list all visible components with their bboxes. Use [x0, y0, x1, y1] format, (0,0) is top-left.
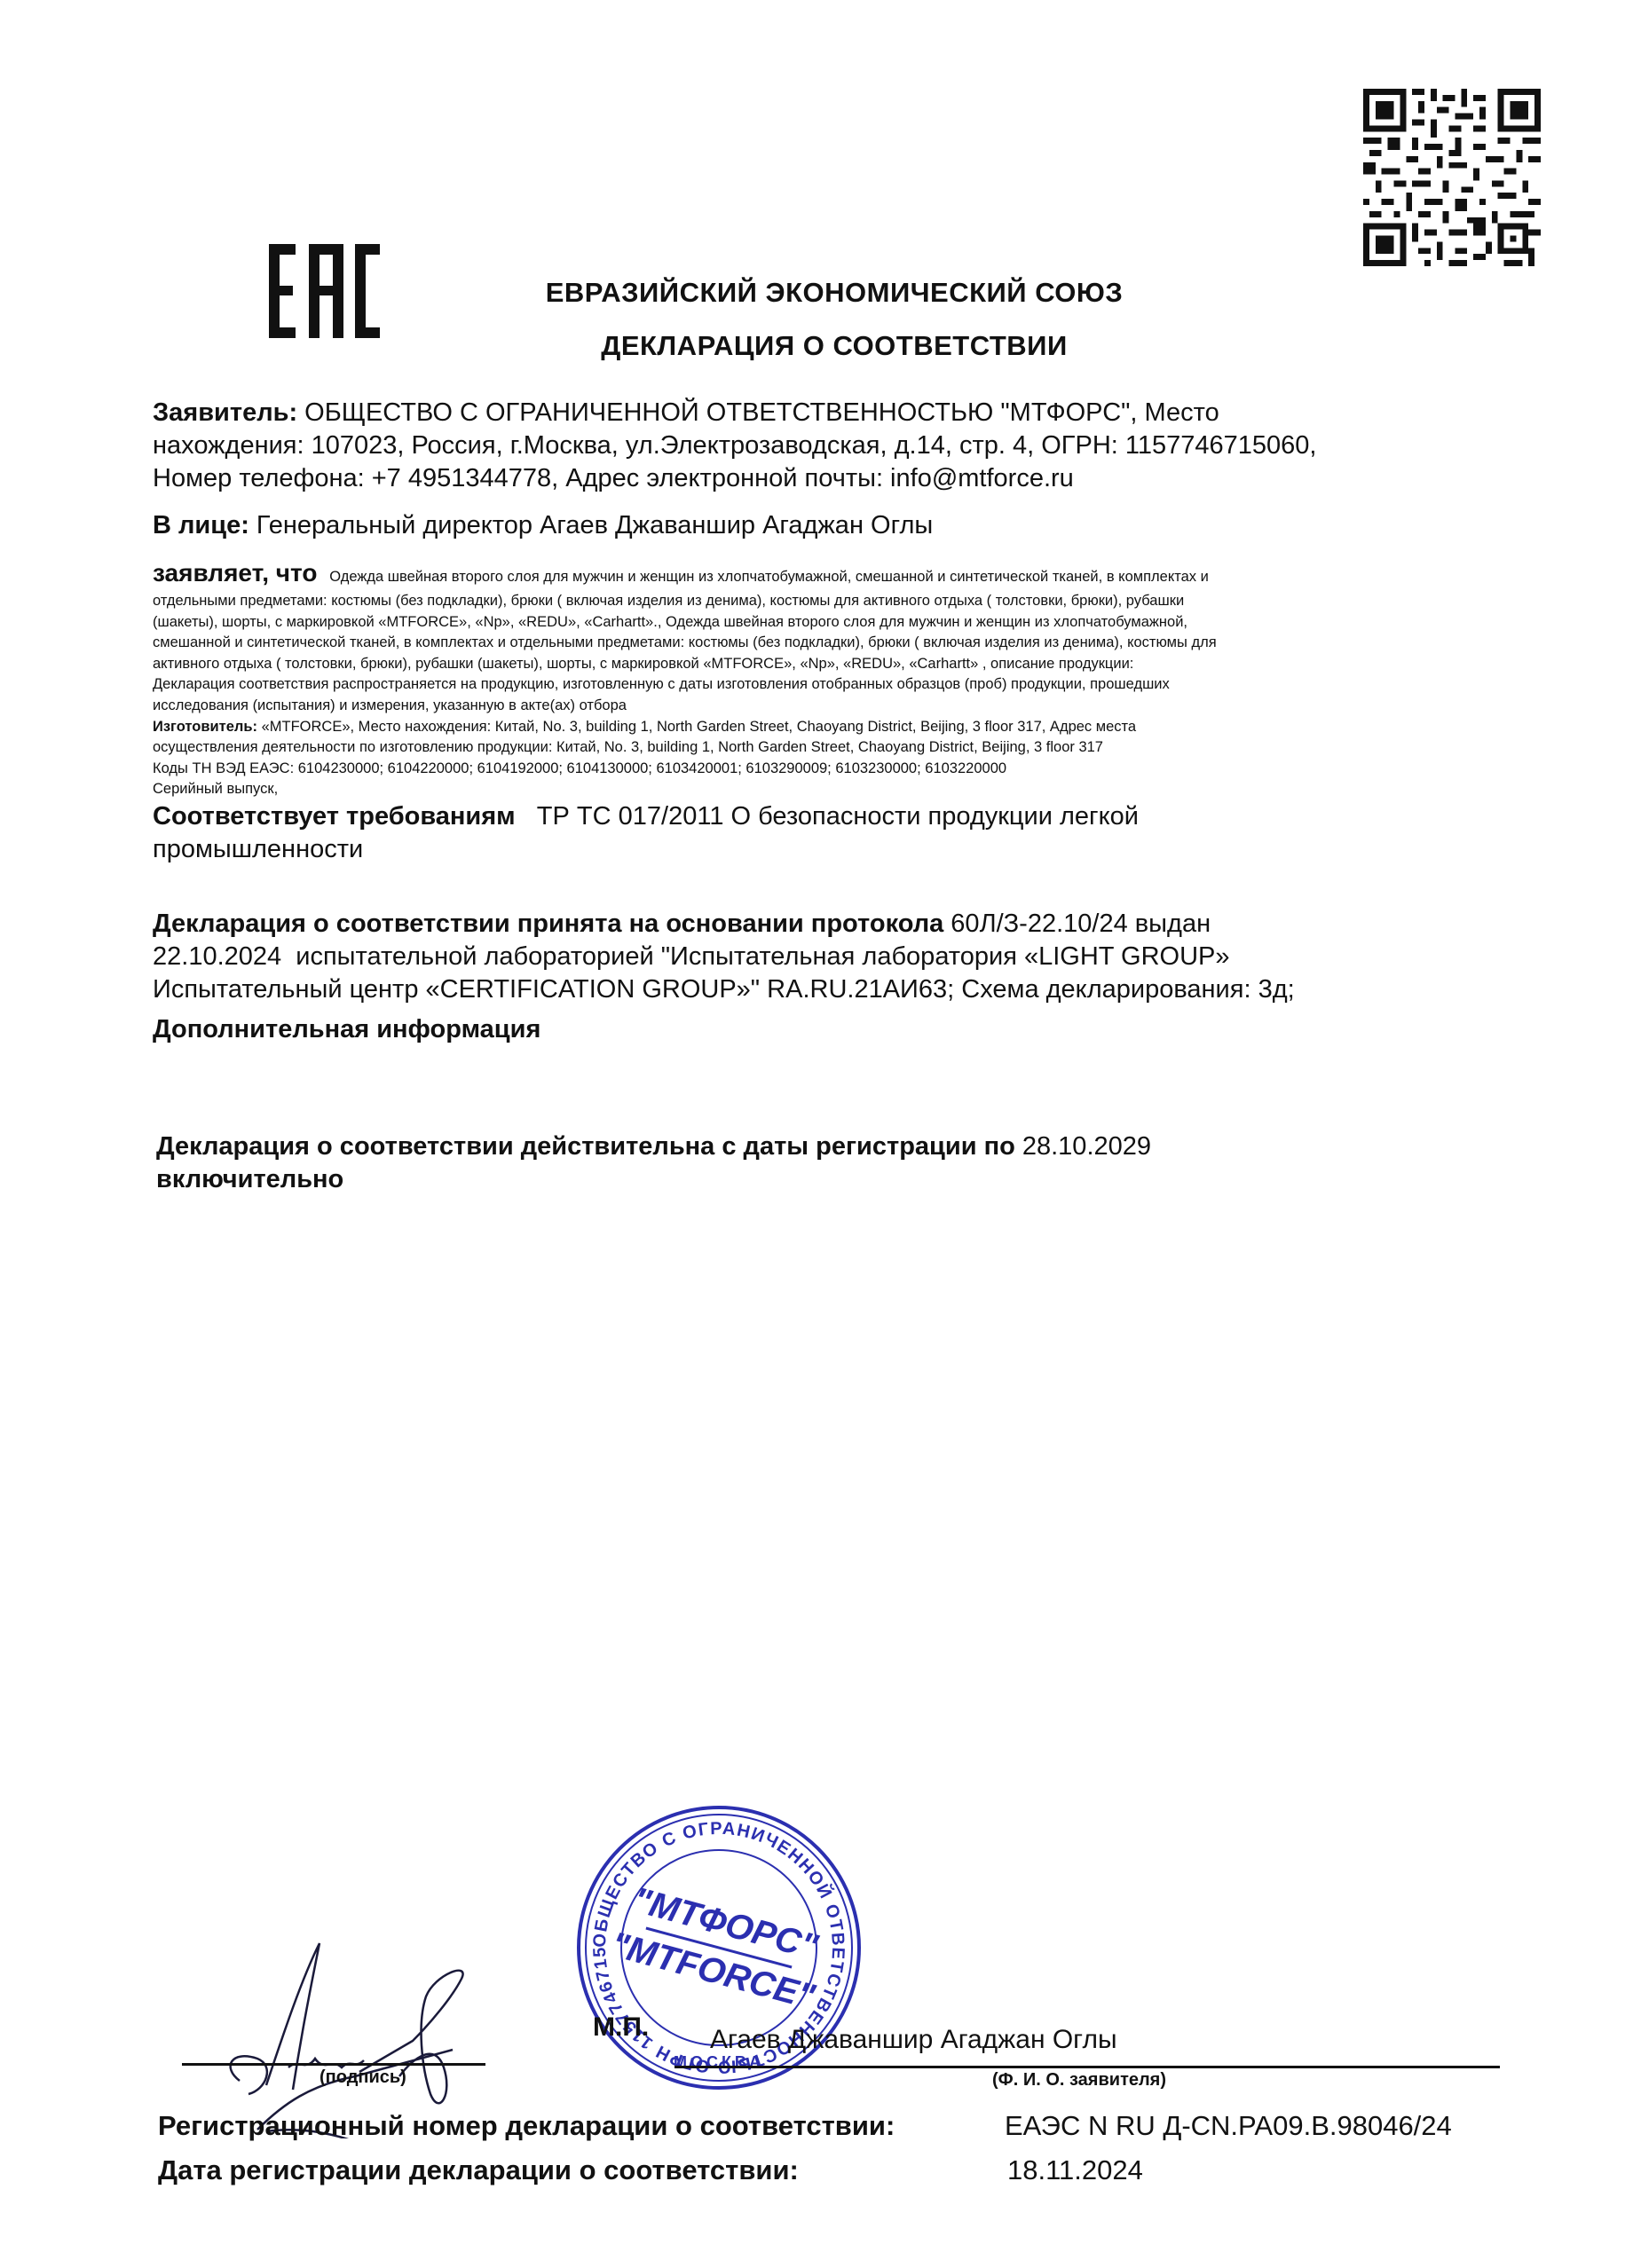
declaration-line-5: Декларация соответствия распространяется…	[153, 674, 1528, 696]
protocol-number: 60Л/З-22.10/24 выдан	[943, 910, 1211, 938]
compliance-value: ТР ТС 017/2011 О безопасности продукции …	[516, 802, 1139, 831]
basis-line-2: 22.10.2024 испытательной лабораторией "И…	[153, 941, 1519, 973]
declaration-line-0: Одежда швейная второго слоя для мужчин и…	[329, 569, 1209, 585]
name-line	[674, 2066, 1500, 2068]
applicant-label: Заявитель:	[153, 398, 297, 427]
compliance-section: Соответствует требованиям ТР ТС 017/2011…	[153, 800, 1519, 866]
document-title: ДЕКЛАРАЦИЯ О СООТВЕТСТВИИ	[0, 330, 1633, 362]
registration-number-label: Регистрационный номер декларации о соотв…	[158, 2110, 895, 2142]
manufacturer-label: Изготовитель:	[153, 719, 257, 735]
tn-ved-codes: Коды ТН ВЭД ЕАЭС: 6104230000; 6104220000…	[153, 759, 1528, 780]
declaration-section: заявляет, что Одежда швейная второго сло…	[153, 559, 1528, 800]
stamp-city: МОСКВА	[674, 2053, 764, 2071]
declaration-line-3: смешанной и синтетической тканей, в комп…	[153, 633, 1528, 654]
signature-caption: (подпись)	[319, 2067, 406, 2088]
applicant-line-2: нахождения: 107023, Россия, г.Москва, ул…	[153, 429, 1519, 462]
signature-icon	[204, 1925, 524, 2138]
validity-label: Декларация о соответствии действительна …	[156, 1132, 1015, 1161]
representative-section: В лице: Генеральный директор Агаев Джава…	[153, 509, 1519, 542]
stamp-mark-label: М.П.	[593, 2012, 649, 2043]
manufacturer-line-1: «MTFORCE», Место нахождения: Китай, No. …	[257, 719, 1136, 735]
manufacturer-line-2: осуществления деятельности по изготовлен…	[153, 737, 1528, 759]
representative-value: Генеральный директор Агаев Джаваншир Ага…	[249, 511, 933, 539]
name-caption: (Ф. И. О. заявителя)	[992, 2070, 1166, 2091]
applicant-line-3: Номер телефона: +7 4951344778, Адрес эле…	[153, 462, 1519, 495]
basis-line-3: Испытательный центр «CERTIFICATION GROUP…	[153, 973, 1519, 1006]
representative-label: В лице:	[153, 511, 249, 539]
registration-number-value: ЕАЭС N RU Д-CN.PA09.B.98046/24	[1005, 2110, 1452, 2142]
compliance-value-2: промышленности	[153, 833, 1519, 866]
compliance-label: Соответствует требованиям	[153, 802, 516, 831]
declaration-line-6: исследования (испытания) и измерения, ук…	[153, 696, 1528, 717]
registration-date-label: Дата регистрации декларации о соответств…	[158, 2154, 799, 2186]
validity-inclusive: включительно	[156, 1165, 343, 1193]
union-title: ЕВРАЗИЙСКИЙ ЭКОНОМИЧЕСКИЙ СОЮЗ	[0, 277, 1633, 309]
serial-release: Серийный выпуск,	[153, 779, 1528, 800]
signature-line	[182, 2063, 485, 2066]
declaration-lead: заявляет, что	[153, 559, 318, 587]
applicant-section: Заявитель: ОБЩЕСТВО С ОГРАНИЧЕННОЙ ОТВЕТ…	[153, 397, 1519, 495]
validity-date: 28.10.2029	[1015, 1132, 1151, 1161]
additional-info-label: Дополнительная информация	[153, 1013, 1519, 1046]
declaration-line-1: отдельными предметами: костюмы (без подк…	[153, 591, 1528, 612]
declaration-line-2: (шакеты), шорты, с маркировкой «MTFORCE»…	[153, 612, 1528, 634]
basis-section: Декларация о соответствии принята на осн…	[153, 908, 1519, 1006]
applicant-name: Агаев Джаваншир Агаджан Оглы	[710, 2025, 1117, 2055]
declaration-line-4: активного отдыха ( толстовки, брюки), ру…	[153, 654, 1528, 675]
validity-section: Декларация о соответствии действительна …	[156, 1130, 1523, 1196]
registration-date-value: 18.11.2024	[1007, 2154, 1143, 2186]
applicant-line-1: ОБЩЕСТВО С ОГРАНИЧЕННОЙ ОТВЕТСТВЕННОСТЬЮ…	[297, 398, 1219, 427]
basis-label: Декларация о соответствии принята на осн…	[153, 910, 943, 938]
qr-code-icon[interactable]	[1360, 89, 1544, 266]
